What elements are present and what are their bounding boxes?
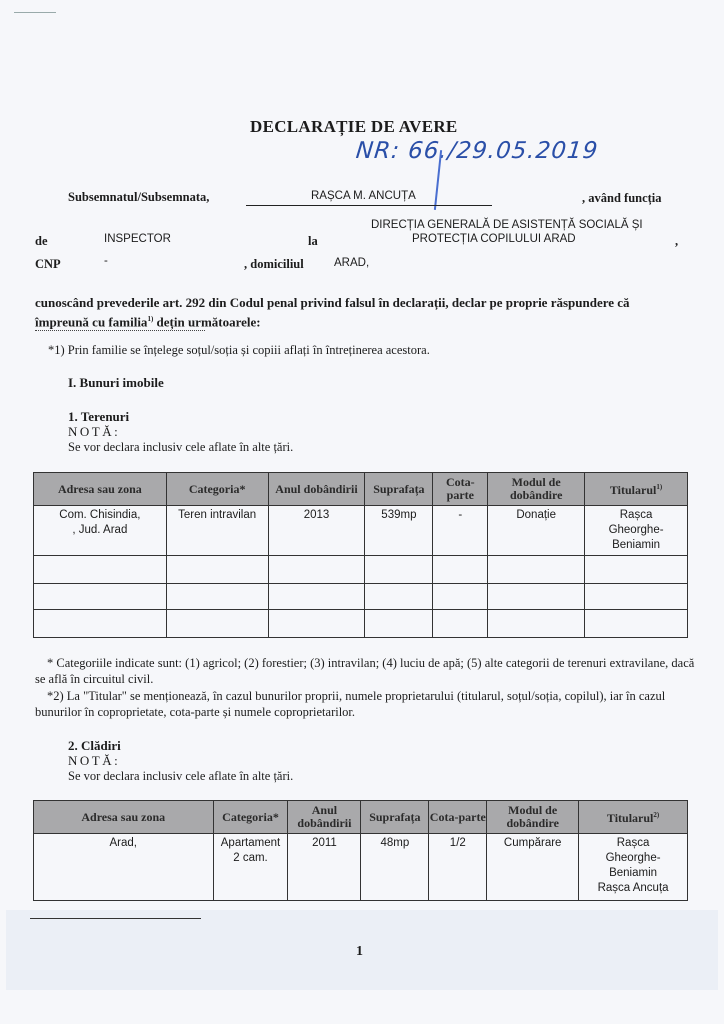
intro-paragraph: cunoscând prevederile art. 292 din Codul… xyxy=(35,294,685,330)
column-header: Titularul1) xyxy=(585,473,688,506)
column-header: Anul dobândirii xyxy=(268,473,365,506)
table-cell xyxy=(433,610,488,638)
column-header: Suprafața xyxy=(361,801,429,834)
table-cell xyxy=(365,610,433,638)
table-header-row: Adresa sau zonaCategoria*Anul dobândirii… xyxy=(34,473,688,506)
footnote-rule xyxy=(30,918,201,919)
column-header: Adresa sau zona xyxy=(34,473,167,506)
nota-label-2: NOTĂ: xyxy=(68,753,120,769)
table-cell xyxy=(166,556,268,584)
titular-footnote-ref: 2) xyxy=(653,811,659,819)
table-cell: Arad, xyxy=(34,834,214,901)
table-cell: Teren intravilan xyxy=(166,506,268,556)
subheading-terenuri: 1. Terenuri xyxy=(68,409,129,425)
institution-line-2: PROTECȚIA COPILULUI ARAD xyxy=(412,233,576,245)
table-row: Arad,Apartament 2 cam.201148mp1/2Cumpăra… xyxy=(34,834,688,901)
table-cell xyxy=(365,556,433,584)
label-name: Subsemnatul/Subsemnata, xyxy=(68,190,209,205)
nota-text-1: Se vor declara inclusiv cele aflate în a… xyxy=(68,440,293,455)
table-cell xyxy=(166,610,268,638)
table-cell: - xyxy=(433,506,488,556)
table-cell xyxy=(34,610,167,638)
column-header: Suprafața xyxy=(365,473,433,506)
table-cell: 2013 xyxy=(268,506,365,556)
label-domicile: , domiciliul xyxy=(244,257,304,272)
table-cell xyxy=(166,584,268,610)
name-underline xyxy=(246,205,492,206)
domicile-value: ARAD, xyxy=(334,257,369,269)
table-cell xyxy=(488,610,585,638)
column-header: Cota-parte xyxy=(429,801,487,834)
table-cell xyxy=(433,584,488,610)
intro-text: cunoscând prevederile art. 292 din Codul… xyxy=(35,295,630,329)
nota-text-2: Se vor declara inclusiv cele aflate în a… xyxy=(68,769,293,784)
column-header: Anul dobândirii xyxy=(288,801,361,834)
table-cell xyxy=(585,584,688,610)
table-cell xyxy=(268,584,365,610)
table-cell: Com. Chisindia, , Jud. Arad xyxy=(34,506,167,556)
column-header: Adresa sau zona xyxy=(34,801,214,834)
column-header: Categoria* xyxy=(166,473,268,506)
scan-corner-mark xyxy=(14,12,56,13)
table-cell xyxy=(34,584,167,610)
section-heading-imobile: I. Bunuri imobile xyxy=(68,375,164,391)
footnote-separator xyxy=(35,329,205,331)
institution-line-1: DIRECȚIA GENERALĂ DE ASISTENȚĂ SOCIALĂ Ș… xyxy=(371,219,643,231)
titular-footnote-ref: 1) xyxy=(656,483,662,491)
trailing-comma: , xyxy=(675,234,678,249)
table-cell xyxy=(365,584,433,610)
cnp-value: - xyxy=(104,255,108,267)
terenuri-table: Adresa sau zonaCategoria*Anul dobândirii… xyxy=(33,472,688,638)
cladiri-table: Adresa sau zonaCategoria*Anul dobândirii… xyxy=(33,800,688,901)
label-cnp: CNP xyxy=(35,257,61,272)
table-cell: Donație xyxy=(488,506,585,556)
label-de: de xyxy=(35,234,48,249)
column-header: Categoria* xyxy=(213,801,288,834)
table-cell: 2011 xyxy=(288,834,361,901)
table-cell xyxy=(268,556,365,584)
page-number: 1 xyxy=(356,944,363,960)
column-header: Modul de dobândire xyxy=(488,473,585,506)
table-row xyxy=(34,610,688,638)
column-header: Cota-parte xyxy=(433,473,488,506)
titular-note-text: *2) La "Titular" se menționează, în cazu… xyxy=(35,688,695,720)
intro-text-end: dețin următoarele: xyxy=(153,314,260,329)
table-cell: Rașca Gheorghe- Beniamin Rașca Ancuța xyxy=(579,834,688,901)
column-header: Modul de dobândire xyxy=(487,801,579,834)
table-cell: 48mp xyxy=(361,834,429,901)
declarant-name: RAȘCA M. ANCUȚA xyxy=(311,190,416,202)
registration-number: NR: 66./29.05.2019 xyxy=(355,138,600,164)
table-header-row: Adresa sau zonaCategoria*Anul dobândirii… xyxy=(34,801,688,834)
footnote-family: *1) Prin familie se înțelege soțul/soția… xyxy=(48,343,430,358)
categories-note-text: * Categoriile indicate sunt: (1) agricol… xyxy=(35,655,695,687)
table-cell: Rașca Gheorghe- Beniamin xyxy=(585,506,688,556)
table-cell: 1/2 xyxy=(429,834,487,901)
table-row xyxy=(34,556,688,584)
table-cell xyxy=(585,610,688,638)
label-function: , având funcția xyxy=(582,191,662,206)
document-title: DECLARAȚIE DE AVERE xyxy=(250,117,458,137)
nota-label-1: NOTĂ: xyxy=(68,424,120,440)
categories-note: * Categoriile indicate sunt: (1) agricol… xyxy=(35,655,695,720)
table-cell: Cumpărare xyxy=(487,834,579,901)
document-page: DECLARAȚIE DE AVERE NR: 66./29.05.2019 S… xyxy=(0,0,724,1024)
table-cell xyxy=(433,556,488,584)
subheading-cladiri: 2. Clădiri xyxy=(68,738,121,754)
table-cell xyxy=(488,556,585,584)
table-cell xyxy=(34,556,167,584)
table-cell xyxy=(585,556,688,584)
label-la: la xyxy=(308,234,318,249)
table-cell: 539mp xyxy=(365,506,433,556)
table-cell: Apartament 2 cam. xyxy=(213,834,288,901)
table-row xyxy=(34,584,688,610)
table-row: Com. Chisindia, , Jud. AradTeren intravi… xyxy=(34,506,688,556)
table-cell xyxy=(488,584,585,610)
column-header: Titularul2) xyxy=(579,801,688,834)
function-value: INSPECTOR xyxy=(104,233,171,245)
table-cell xyxy=(268,610,365,638)
